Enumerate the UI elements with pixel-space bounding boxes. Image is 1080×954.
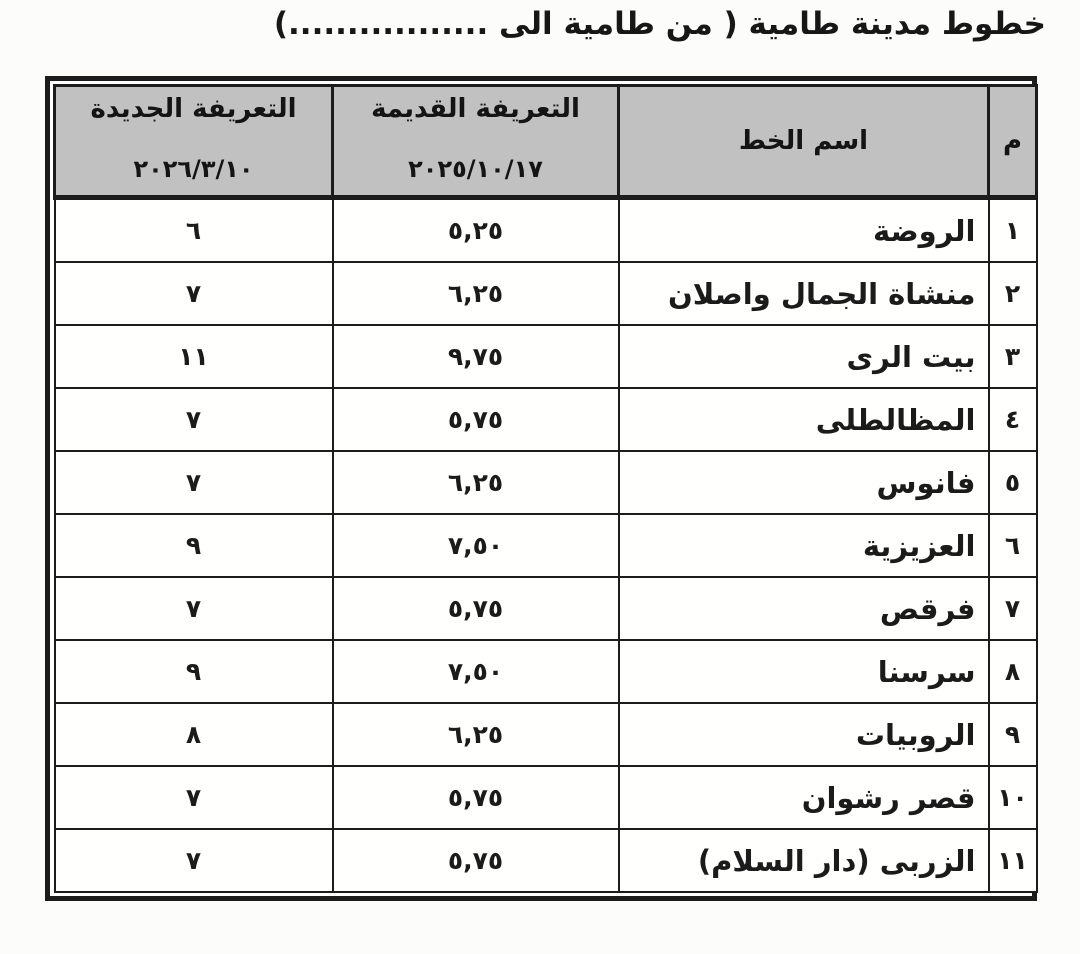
table-body: ١الروضة٥,٢٥٦٢منشاة الجمال واصلان٦,٢٥٧٣بي… [55, 198, 1037, 893]
line-name-cell: منشاة الجمال واصلان [619, 262, 989, 325]
old-tariff-cell: ٦,٢٥ [333, 262, 619, 325]
line-name-cell: العزيزية [619, 514, 989, 577]
line-name-cell: قصر رشوان [619, 766, 989, 829]
line-name-cell: فرقص [619, 577, 989, 640]
document-page: خطوط مدينة طامية ( من طامية الى ........… [0, 0, 1080, 954]
table-row: ٨سرسنا٧,٥٠٩ [55, 640, 1037, 703]
new-tariff-cell: ٧ [55, 451, 333, 514]
new-tariff-date: ٢٠٢٦/٣/١٠ [60, 155, 327, 183]
row-serial-cell: ٢ [989, 262, 1037, 325]
old-tariff-cell: ٧,٥٠ [333, 640, 619, 703]
new-tariff-cell: ٨ [55, 703, 333, 766]
row-serial-cell: ٦ [989, 514, 1037, 577]
new-tariff-cell: ٧ [55, 829, 333, 892]
old-tariff-cell: ٧,٥٠ [333, 514, 619, 577]
line-name-cell: الزربى (دار السلام) [619, 829, 989, 892]
table-row: ٥فانوس٦,٢٥٧ [55, 451, 1037, 514]
new-tariff-cell: ٩ [55, 640, 333, 703]
new-tariff-cell: ٧ [55, 388, 333, 451]
row-serial-cell: ١٠ [989, 766, 1037, 829]
header-row: م اسم الخط التعريفة القديمة ٢٠٢٥/١٠/١٧ ا… [55, 86, 1037, 198]
header-new-tariff-column: التعريفة الجديدة ٢٠٢٦/٣/١٠ [55, 86, 333, 198]
page-title: خطوط مدينة طامية ( من طامية الى ........… [274, 6, 1046, 42]
table-row: ٦العزيزية٧,٥٠٩ [55, 514, 1037, 577]
row-serial-cell: ١١ [989, 829, 1037, 892]
old-tariff-cell: ٥,٧٥ [333, 829, 619, 892]
line-name-cell: سرسنا [619, 640, 989, 703]
row-serial-cell: ٤ [989, 388, 1037, 451]
new-tariff-cell: ٧ [55, 766, 333, 829]
new-tariff-cell: ١١ [55, 325, 333, 388]
table-row: ١٠قصر رشوان٥,٧٥٧ [55, 766, 1037, 829]
line-name-cell: فانوس [619, 451, 989, 514]
old-tariff-cell: ٦,٢٥ [333, 451, 619, 514]
tariff-table: م اسم الخط التعريفة القديمة ٢٠٢٥/١٠/١٧ ا… [53, 84, 1038, 893]
old-tariff-date: ٢٠٢٥/١٠/١٧ [338, 155, 613, 183]
table-row: ٣بيت الرى٩,٧٥١١ [55, 325, 1037, 388]
row-serial-cell: ٩ [989, 703, 1037, 766]
old-tariff-label: التعريفة القديمة [338, 95, 613, 124]
row-serial-cell: ٥ [989, 451, 1037, 514]
old-tariff-cell: ٥,٧٥ [333, 766, 619, 829]
table-row: ٩الروبيات٦,٢٥٨ [55, 703, 1037, 766]
row-serial-cell: ١ [989, 198, 1037, 263]
header-serial-column: م [989, 86, 1037, 198]
old-tariff-cell: ٦,٢٥ [333, 703, 619, 766]
new-tariff-cell: ٧ [55, 577, 333, 640]
table-row: ١الروضة٥,٢٥٦ [55, 198, 1037, 263]
old-tariff-cell: ٥,٧٥ [333, 577, 619, 640]
new-tariff-cell: ٩ [55, 514, 333, 577]
table-row: ٤المظالطلى٥,٧٥٧ [55, 388, 1037, 451]
old-tariff-cell: ٥,٢٥ [333, 198, 619, 263]
line-name-cell: بيت الرى [619, 325, 989, 388]
line-name-cell: الروبيات [619, 703, 989, 766]
table-row: ٢منشاة الجمال واصلان٦,٢٥٧ [55, 262, 1037, 325]
new-tariff-cell: ٧ [55, 262, 333, 325]
old-tariff-cell: ٥,٧٥ [333, 388, 619, 451]
row-serial-cell: ٣ [989, 325, 1037, 388]
table-row: ٧فرقص٥,٧٥٧ [55, 577, 1037, 640]
line-name-cell: المظالطلى [619, 388, 989, 451]
table-row: ١١الزربى (دار السلام)٥,٧٥٧ [55, 829, 1037, 892]
row-serial-cell: ٧ [989, 577, 1037, 640]
old-tariff-cell: ٩,٧٥ [333, 325, 619, 388]
table-frame: م اسم الخط التعريفة القديمة ٢٠٢٥/١٠/١٧ ا… [45, 76, 1037, 901]
row-serial-cell: ٨ [989, 640, 1037, 703]
new-tariff-label: التعريفة الجديدة [60, 95, 327, 124]
line-name-cell: الروضة [619, 198, 989, 263]
new-tariff-cell: ٦ [55, 198, 333, 263]
header-old-tariff-column: التعريفة القديمة ٢٠٢٥/١٠/١٧ [333, 86, 619, 198]
header-line-name-column: اسم الخط [619, 86, 989, 198]
